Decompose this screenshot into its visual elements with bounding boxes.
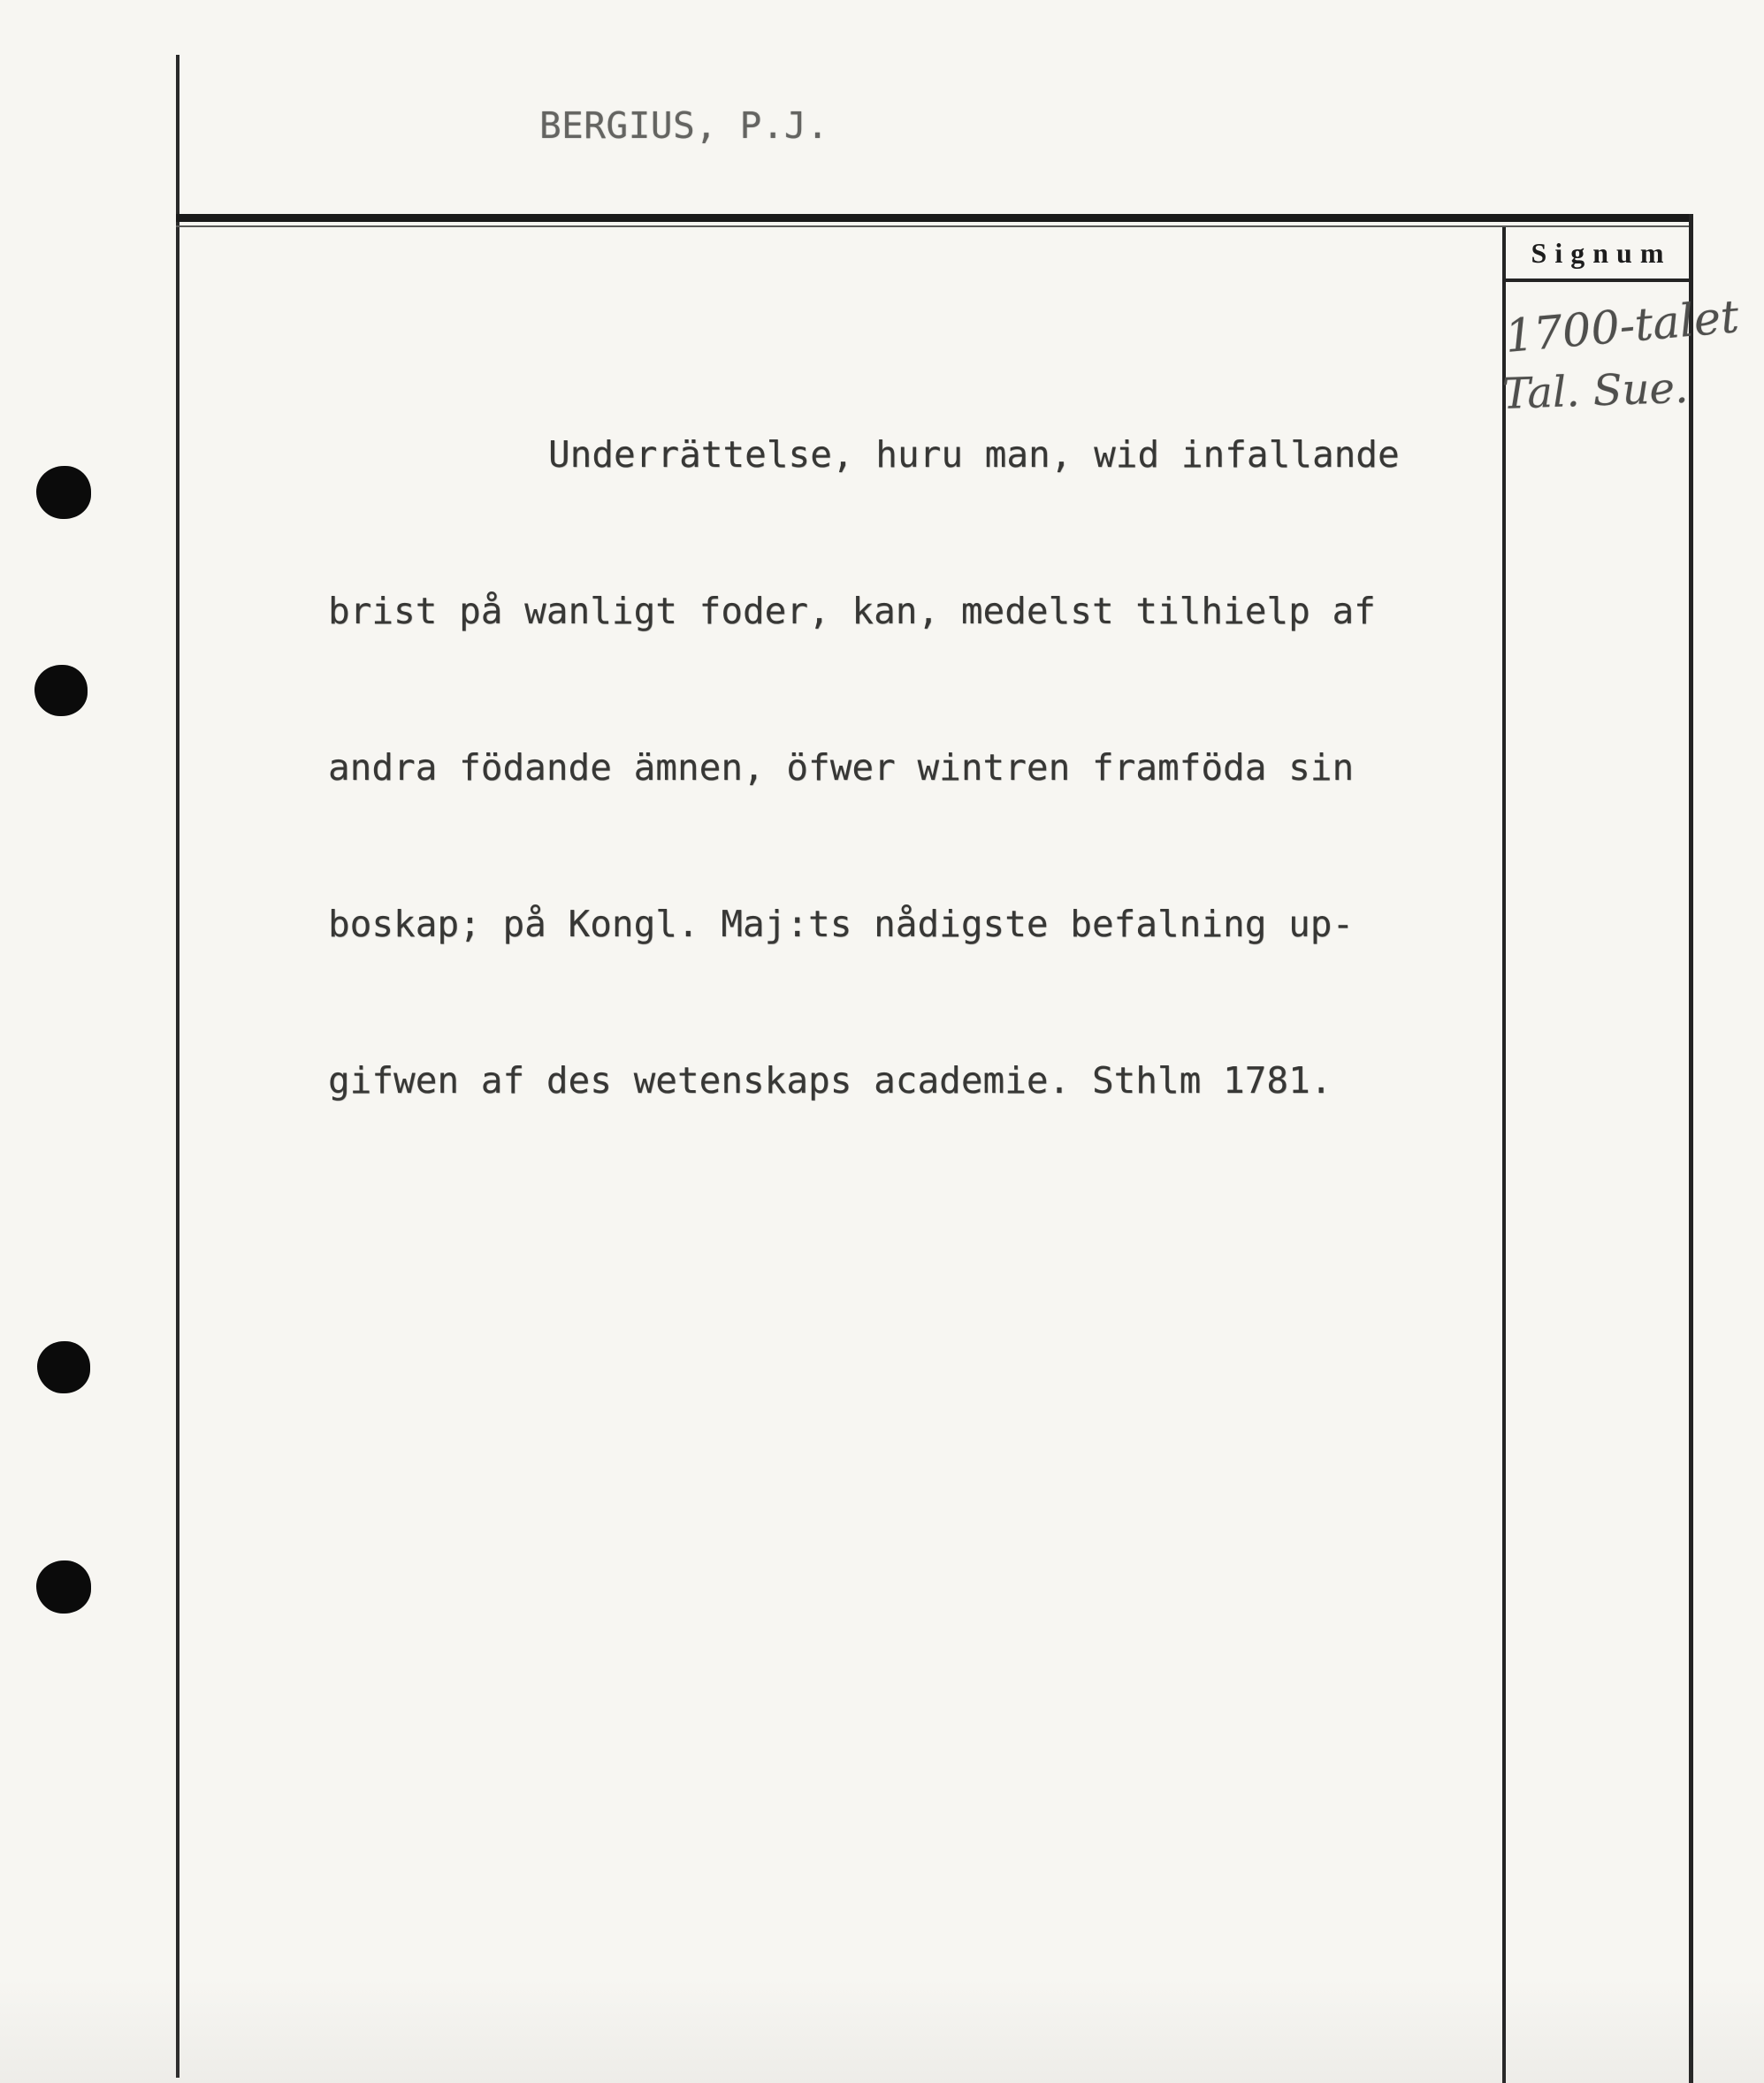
left-margin-rule bbox=[176, 55, 179, 2078]
signum-column-left-rule bbox=[1502, 227, 1506, 2083]
hole-punch bbox=[34, 665, 88, 716]
catalog-entry-line: gifwen af des wetenskaps academie. Sthlm… bbox=[328, 1055, 1478, 1107]
catalog-entry-line: boskap; på Kongl. Maj:ts nådigste befaln… bbox=[328, 898, 1478, 950]
hole-punch bbox=[36, 466, 91, 519]
catalog-entry-line: brist på wanligt foder, kan, medelst til… bbox=[328, 585, 1478, 637]
signum-handwritten-value: 1700-talet bbox=[1503, 291, 1741, 363]
catalog-entry-line: andra födande ämnen, öfwer wintren framf… bbox=[328, 742, 1478, 794]
catalog-card-page: BERGIUS, P.J. Signum 1700-talet Tal. Sue… bbox=[0, 0, 1764, 2083]
signum-header-cell: Signum bbox=[1506, 228, 1689, 278]
header-rule-thin bbox=[176, 225, 1693, 227]
signum-label: Signum bbox=[1523, 237, 1672, 270]
signum-header-divider bbox=[1502, 278, 1693, 282]
header-rule-thick bbox=[176, 214, 1693, 222]
signum-handwritten-value: Tal. Sue. bbox=[1501, 363, 1689, 419]
catalog-entry-text: Underrättelse, huru man, wid infallande … bbox=[328, 324, 1478, 1211]
signum-column-right-rule bbox=[1689, 214, 1693, 2083]
catalog-entry-line: Underrättelse, huru man, wid infallande bbox=[328, 429, 1478, 481]
hole-punch bbox=[36, 1560, 91, 1614]
hole-punch bbox=[37, 1341, 90, 1393]
author-heading: BERGIUS, P.J. bbox=[539, 104, 829, 147]
